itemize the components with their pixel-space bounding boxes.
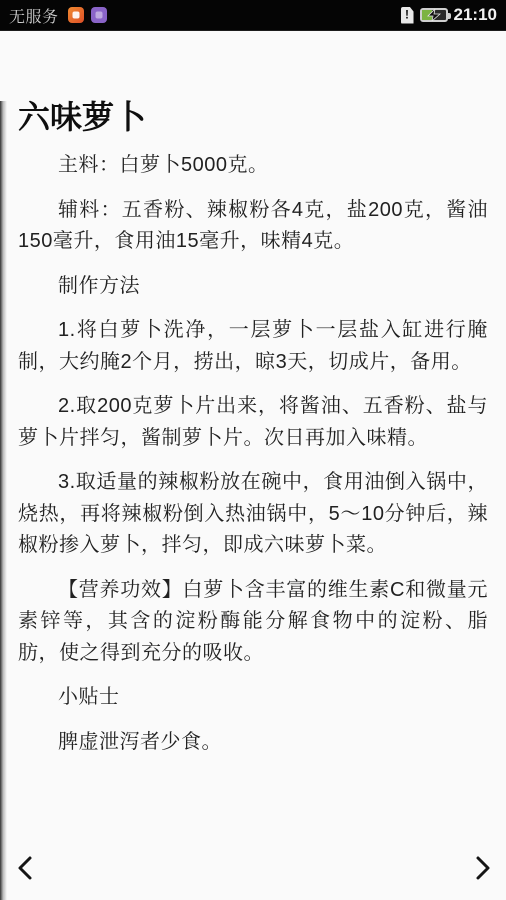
recipe-nutrition-paragraph: 【营养功效】白萝卜含丰富的维生素C和微量元素锌等，其含的淀粉酶能分解食物中的淀粉… bbox=[18, 575, 488, 670]
recipe-paragraph-main-ingredients: 主料：白萝卜5000克。 bbox=[18, 150, 488, 182]
recipe-body: 主料：白萝卜5000克。 辅料：五香粉、辣椒粉各4克，盐200克，酱油150毫升… bbox=[18, 150, 488, 758]
next-page-button[interactable] bbox=[470, 852, 496, 884]
reader-page: 六味萝卜 主料：白萝卜5000克。 辅料：五香粉、辣椒粉各4克，盐200克，酱油… bbox=[0, 31, 506, 900]
orange-app-notification-icon bbox=[68, 7, 84, 23]
chevron-left-icon bbox=[16, 855, 34, 881]
menu-button[interactable] bbox=[12, 47, 39, 73]
recipe-paragraph-aux-ingredients: 辅料：五香粉、辣椒粉各4克，盐200克，酱油150毫升，食用油15毫升，味精4克… bbox=[18, 195, 488, 258]
recipe-tips-text: 脾虚泄泻者少食。 bbox=[18, 727, 488, 759]
recipe-tips-heading: 小贴士 bbox=[18, 682, 488, 714]
carrier-status-label: 无服务 bbox=[9, 4, 59, 27]
notification-glyph bbox=[72, 12, 79, 19]
status-bar: 无服务 ! 21:10 bbox=[0, 0, 506, 31]
notification-icons bbox=[68, 7, 107, 23]
chevron-right-icon bbox=[474, 855, 492, 881]
status-bar-right: ! 21:10 bbox=[401, 5, 497, 25]
prev-page-button[interactable] bbox=[12, 852, 38, 884]
battery-charging-icon bbox=[420, 8, 448, 22]
recipe-section-method-heading: 制作方法 bbox=[18, 271, 488, 303]
status-clock: 21:10 bbox=[454, 5, 497, 25]
recipe-step-3: 3.取适量的辣椒粉放在碗中，食用油倒入锅中，烧热，再将辣椒粉倒入热油锅中，5～1… bbox=[18, 467, 488, 562]
recipe-title: 六味萝卜 bbox=[18, 97, 488, 137]
no-sim-alert-icon: ! bbox=[401, 7, 414, 24]
battery-cap bbox=[448, 13, 451, 19]
sim-alert-mark: ! bbox=[405, 8, 409, 22]
charging-bolt-icon bbox=[427, 9, 441, 21]
page-curl-shadow bbox=[0, 101, 7, 900]
recipe-step-2: 2.取200克萝卜片出来，将酱油、五香粉、盐与萝卜片拌匀，酱制萝卜片。次日再加入… bbox=[18, 391, 488, 454]
purple-app-notification-icon bbox=[91, 7, 107, 23]
recipe-step-1: 1.将白萝卜洗净，一层萝卜一层盐入缸进行腌制，大约腌2个月，捞出，晾3天，切成片… bbox=[18, 315, 488, 378]
notification-glyph bbox=[95, 12, 102, 19]
app-screen: 无服务 ! 21:10 bbox=[0, 0, 506, 900]
